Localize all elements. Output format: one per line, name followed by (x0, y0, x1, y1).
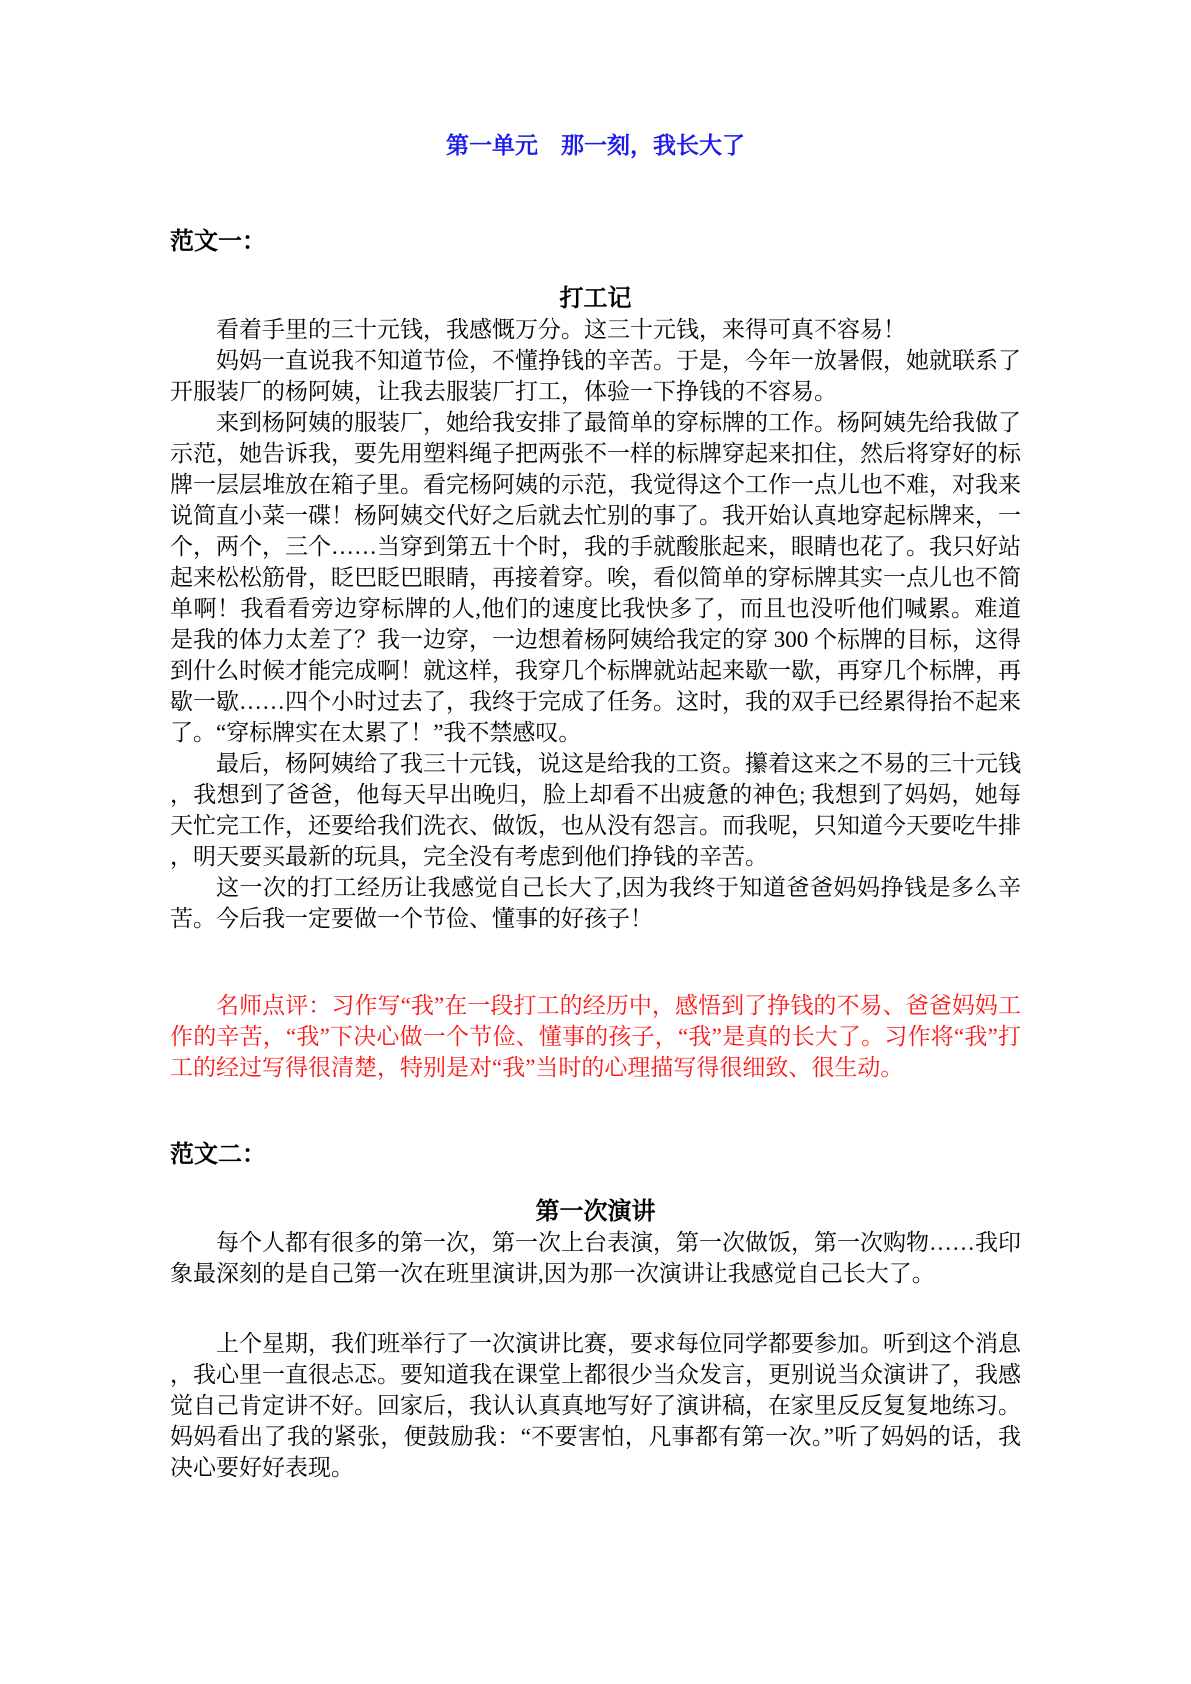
essay-1-paragraph-4: 最后，杨阿姨给了我三十元钱，说这是给我的工资。攥着这来之不易的三十元钱，我想到了… (170, 748, 1021, 872)
section-essay-2: 范文二： 第一次演讲 每个人都有很多的第一次，第一次上台表演，第一次做饭，第一次… (170, 1139, 1021, 1483)
section-2-label: 范文二： (170, 1139, 1021, 1171)
essay-2-paragraph-2: 上个星期，我们班举行了一次演讲比赛，要求每位同学都要参加。听到这个消息，我心里一… (170, 1328, 1021, 1483)
section-essay-1: 范文一： 打工记 看着手里的三十元钱，我感慨万分。这三十元钱，来得可真不容易！ … (170, 226, 1021, 1083)
essay-1-paragraph-1: 看着手里的三十元钱，我感慨万分。这三十元钱，来得可真不容易！ (170, 314, 1021, 345)
essay-1-paragraph-2: 妈妈一直说我不知道节俭，不懂挣钱的辛苦。于是，今年一放暑假，她就联系了开服装厂的… (170, 345, 1021, 407)
unit-title: 第一单元 那一刻，我长大了 (170, 130, 1021, 162)
section-1-label: 范文一： (170, 226, 1021, 258)
essay-1-paragraph-3: 来到杨阿姨的服装厂，她给我安排了最简单的穿标牌的工作。杨阿姨先给我做了示范，她告… (170, 407, 1021, 748)
essay-1-paragraph-5: 这一次的打工经历让我感觉自己长大了,因为我终于知道爸爸妈妈挣钱是多么辛苦。今后我… (170, 872, 1021, 934)
essay-1-title: 打工记 (170, 284, 1021, 314)
essay-2-paragraph-1: 每个人都有很多的第一次，第一次上台表演，第一次做饭，第一次购物……我印象最深刻的… (170, 1227, 1021, 1289)
document-page: 第一单元 那一刻，我长大了 范文一： 打工记 看着手里的三十元钱，我感慨万分。这… (0, 0, 1191, 1684)
teacher-comment: 名师点评：习作写“我”在一段打工的经历中，感悟到了挣钱的不易、爸爸妈妈工作的辛苦… (170, 990, 1021, 1083)
essay-2-title: 第一次演讲 (170, 1197, 1021, 1227)
